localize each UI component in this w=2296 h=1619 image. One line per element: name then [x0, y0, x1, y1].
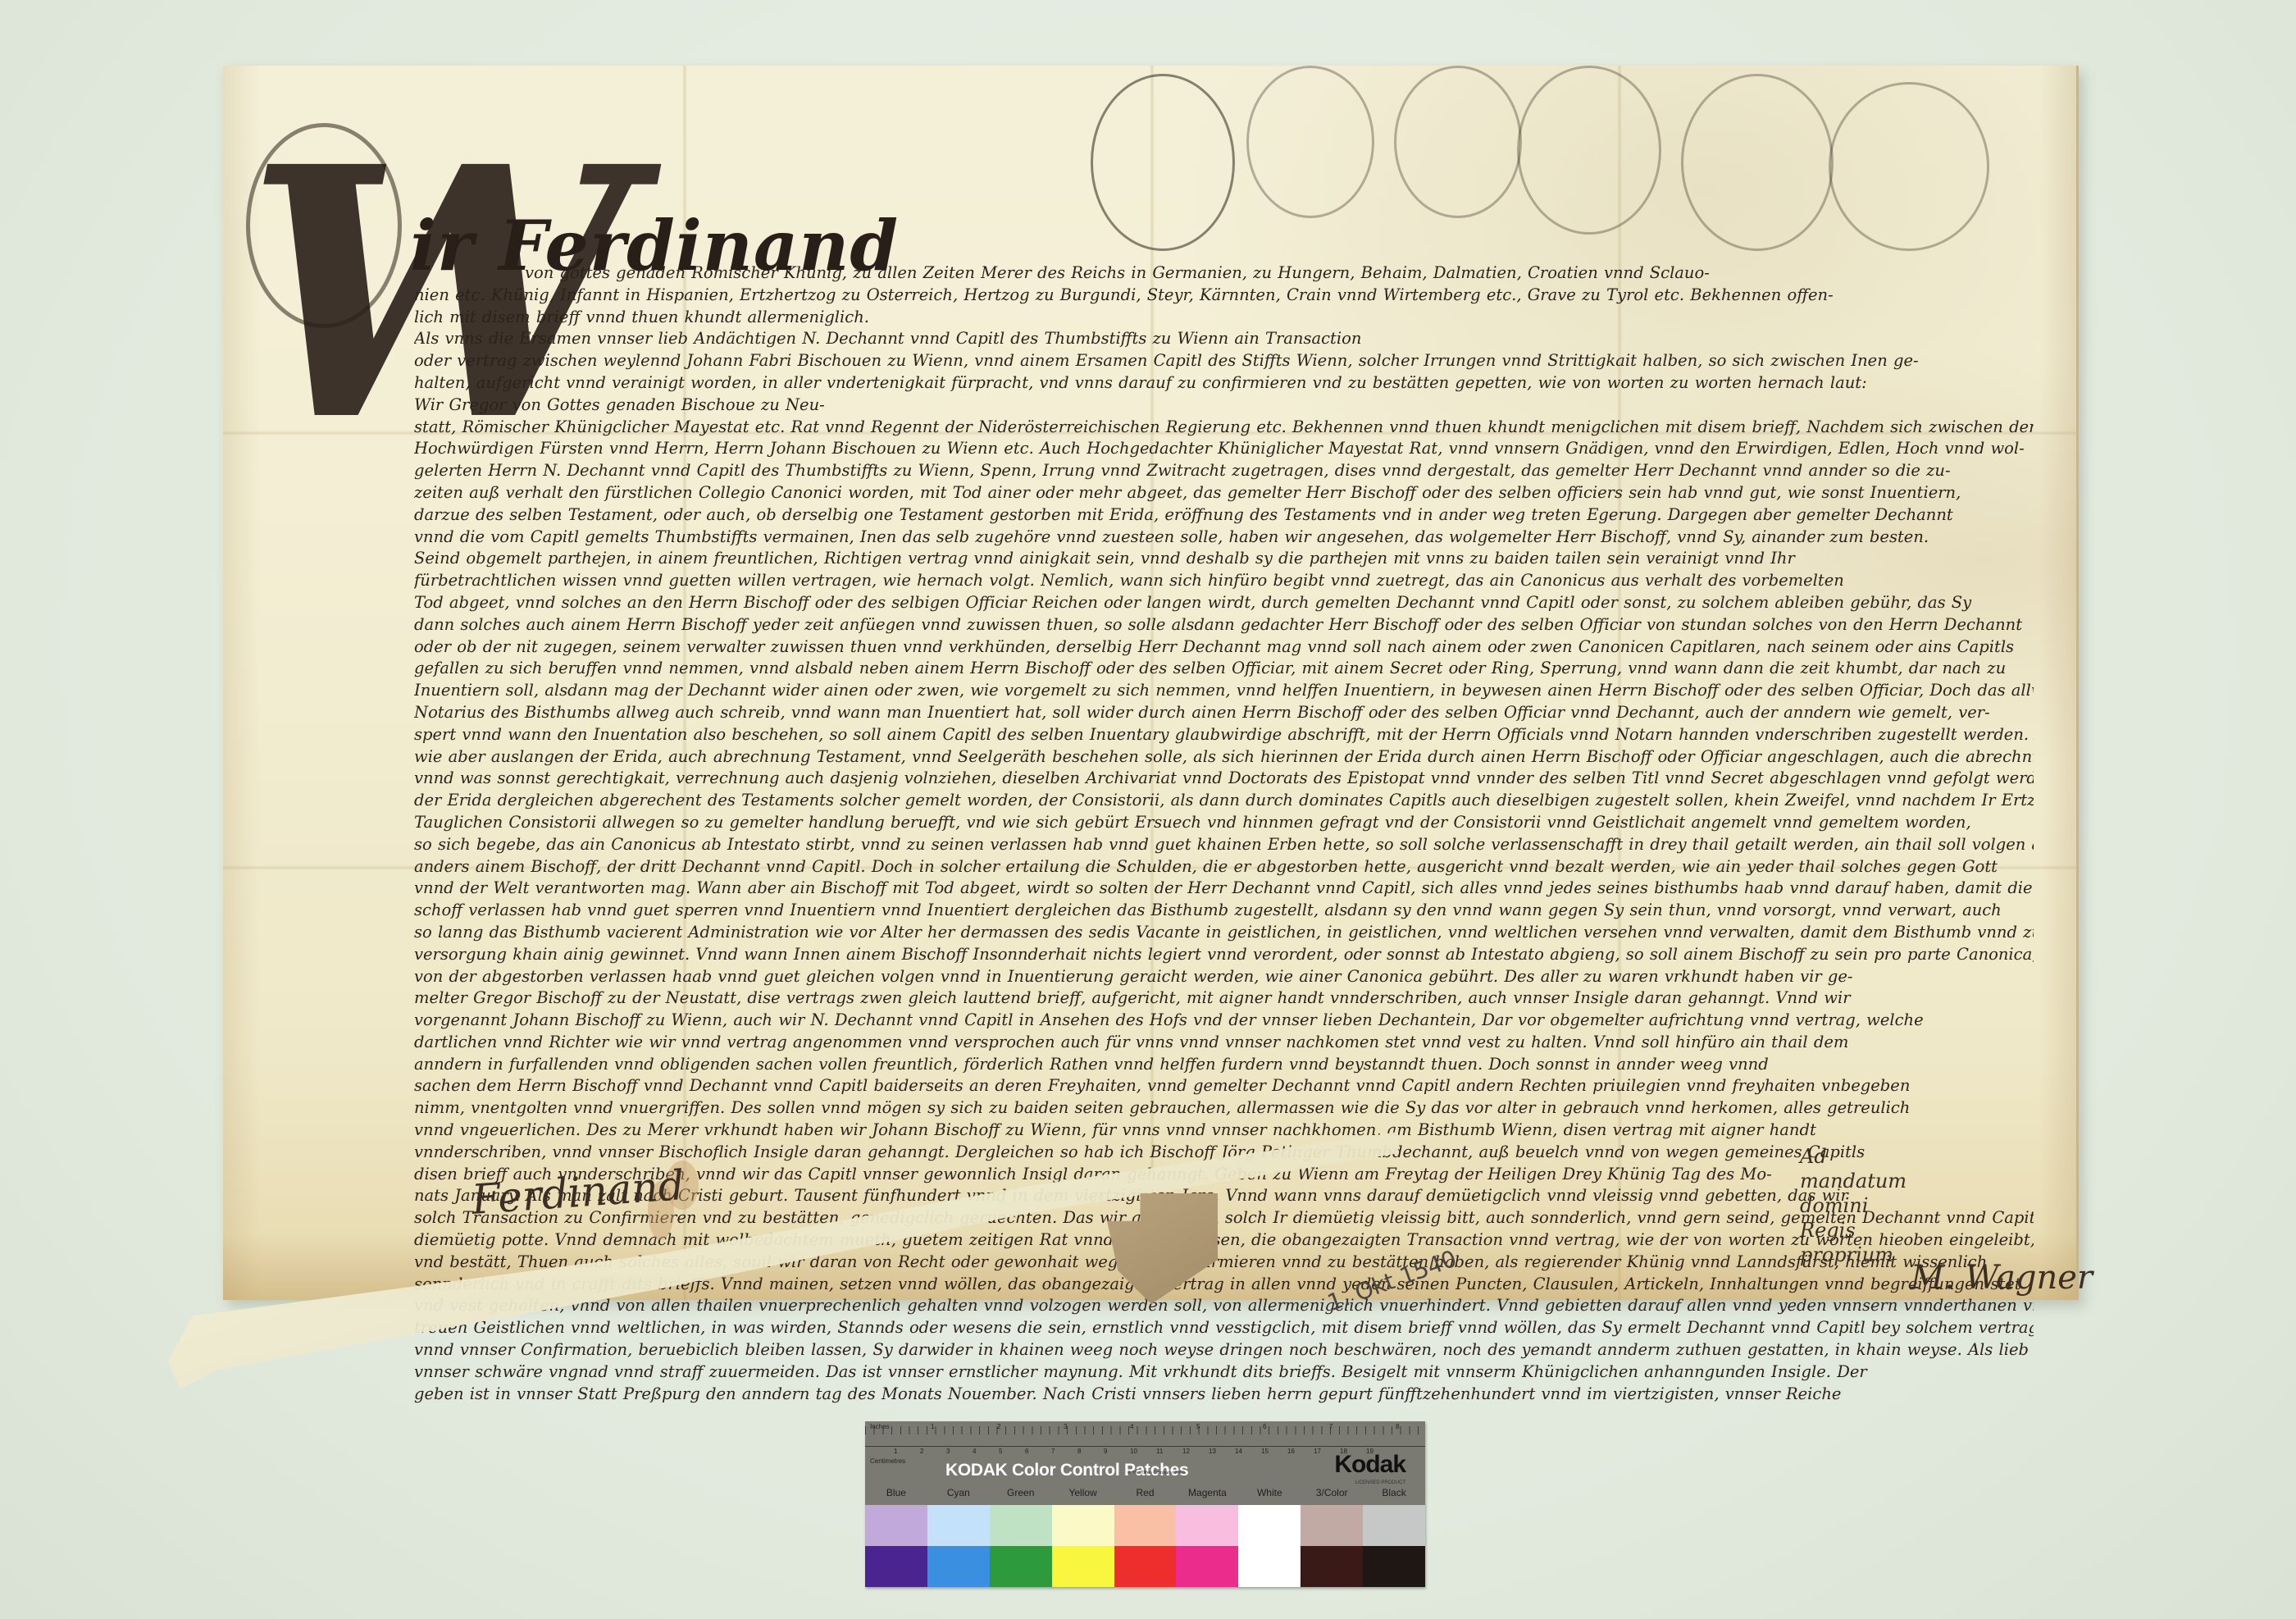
calligraphic-flourish: [1394, 66, 1522, 218]
cm-mark: 9: [1104, 1448, 1107, 1455]
patch-dark: [1052, 1546, 1114, 1587]
patch-dark: [1301, 1546, 1363, 1587]
patch-green: [990, 1505, 1052, 1587]
body-line: vnnd die vom Capitl gemelts Thumbstiffts…: [414, 527, 2034, 549]
cm-mark: 13: [1209, 1448, 1216, 1455]
body-line: darzue des selben Testament, oder auch, …: [414, 504, 2034, 527]
calligraphic-flourish: [1091, 74, 1235, 251]
patch-label: Black: [1363, 1487, 1425, 1505]
cm-mark: 10: [1130, 1448, 1137, 1455]
signature-secretary: M. Wagner: [1911, 1259, 2093, 1297]
cm-mark: 2: [920, 1448, 923, 1455]
body-line: gefallen zu sich beruffen vnnd nemmen, v…: [414, 658, 2034, 680]
body-line: fürbetrachtlichen wissen vnnd guetten wi…: [414, 570, 2034, 592]
body-line: vnd vest gehalten, vnnd von allen thaile…: [414, 1295, 2034, 1317]
body-line: sachen dem Herrn Bischoff vnnd Dechannt …: [414, 1075, 2034, 1097]
body-line: dann solches auch ainem Herrn Bischoff y…: [414, 614, 2034, 636]
patch-dark: [1363, 1546, 1425, 1587]
inch-mark: 7: [1329, 1423, 1332, 1430]
body-line: geben ist in vnnser Statt Preßpurg den a…: [414, 1384, 2034, 1406]
heading-line-2: nien etc. Khünig, Infannt in Hispanien, …: [414, 285, 2034, 307]
cm-mark: 17: [1314, 1448, 1321, 1455]
cm-mark: 14: [1235, 1448, 1242, 1455]
body-line: statt, Römischer Khünigclicher Mayestat …: [414, 417, 2034, 439]
cm-mark: 11: [1156, 1448, 1163, 1455]
calligraphic-flourish: [1246, 66, 1374, 218]
patch-cyan: [927, 1505, 990, 1587]
body-line: spert vnnd wann den Inuentation also bes…: [414, 724, 2034, 746]
cm-mark: 6: [1025, 1448, 1028, 1455]
body-line: gelerten Herrn N. Dechannt vnnd Capitl d…: [414, 460, 2034, 482]
body-line: melter Gregor Bischoff zu der Neustatt, …: [414, 987, 2034, 1010]
calligraphic-flourish: [1681, 74, 1834, 251]
kodak-license: LICENSED PRODUCT: [1355, 1480, 1405, 1485]
kodak-logo: Kodak: [1334, 1451, 1405, 1479]
patch-label: Yellow: [1052, 1487, 1114, 1505]
body-line: halten, aufgericht vnnd verainigt worden…: [414, 372, 2034, 394]
body-line: oder vertrag zwischen weylennd Johann Fa…: [414, 350, 2034, 372]
body-line: Als vnns die Ersamen vnnser lieb Andächt…: [414, 328, 2034, 350]
patch-labels: Blue Cyan Green Yellow Red Magenta White…: [865, 1487, 1425, 1505]
body-line: so sich begebe, das ain Canonicus ab Int…: [414, 834, 2034, 856]
body-line: vnnd vngeuerlichen. Des zu Merer vrkhund…: [414, 1120, 2034, 1142]
body-line: Tod abgeet, vnnd solches an den Herrn Bi…: [414, 592, 2034, 614]
body-line: dartlichen vnnd Richter wie wir vnnd ver…: [414, 1032, 2034, 1054]
body-line: treuen Geistlichen vnnd weltlichen, in w…: [414, 1317, 2034, 1339]
inch-mark: 5: [1196, 1423, 1200, 1430]
calligraphic-flourish: [1829, 82, 1989, 251]
body-line: zeiten auß verhalt den fürstlichen Colle…: [414, 482, 2034, 504]
patch-label: Blue: [865, 1487, 927, 1505]
inch-mark: 6: [1263, 1423, 1266, 1430]
cm-mark: 16: [1287, 1448, 1295, 1455]
cm-mark: 7: [1051, 1448, 1055, 1455]
body-line: so lanng das Bisthumb vacierent Administ…: [414, 922, 2034, 944]
cm-mark: 12: [1182, 1448, 1190, 1455]
cm-mark: 1: [894, 1448, 897, 1455]
body-line: Inuentiern soll, alsdann mag der Dechann…: [414, 680, 2034, 702]
ruler: Inches 1 2 3 4 5 6 7 8: [865, 1421, 1425, 1447]
cm-mark: 15: [1261, 1448, 1269, 1455]
patch-label: Magenta: [1176, 1487, 1238, 1505]
patch-light: [1052, 1505, 1114, 1546]
body-line: vnnd was sonnst gerechtigkait, verrechnu…: [414, 768, 2034, 790]
inch-mark: 8: [1396, 1423, 1399, 1430]
patch-dark: [865, 1546, 927, 1587]
patch-dark: [927, 1546, 990, 1587]
patch-white: [1238, 1505, 1301, 1587]
body-line: Seind obgemelt parthejen, in ainem freun…: [414, 548, 2034, 570]
patch-blue: [865, 1505, 927, 1587]
patch-light: [1363, 1505, 1425, 1546]
body-line: der Erida dergleichen abgerechent des Te…: [414, 790, 2034, 812]
patch-yellow: [1052, 1505, 1114, 1587]
patch-label: Green: [990, 1487, 1052, 1505]
color-patches: [865, 1505, 1425, 1587]
patch-magenta: [1176, 1505, 1238, 1587]
patch-light: [1238, 1505, 1301, 1546]
kodak-color-target: Inches 1 2 3 4 5 6 7 8 1 2 3 4 5 6 7 8 9…: [865, 1421, 1425, 1587]
body-line: wie aber auslangen der Erida, auch abrec…: [414, 746, 2034, 768]
patch-light: [1301, 1505, 1363, 1546]
heading-line-3: lich mit disem brieff vnnd thuen khundt …: [414, 307, 2034, 329]
kodak-copyright: © The Tiffen Company, 2000: [1127, 1471, 1185, 1475]
patch-light: [865, 1505, 927, 1546]
body-line: versorgung khain ainig gewinnet. Vnnd wa…: [414, 944, 2034, 966]
cm-mark: 8: [1077, 1448, 1081, 1455]
patch-label: White: [1238, 1487, 1301, 1505]
inch-mark: 2: [997, 1423, 1000, 1430]
body-line: Wir Gregor von Gottes genaden Bischoue z…: [414, 394, 2034, 417]
body-line: anndern in furfallenden vnnd obligenden …: [414, 1054, 2034, 1076]
calligraphic-flourish: [1517, 66, 1661, 235]
cm-mark: 4: [973, 1448, 976, 1455]
patch-light: [1114, 1505, 1177, 1546]
cm-mark: 5: [999, 1448, 1002, 1455]
patch-dark: [1238, 1546, 1301, 1587]
inch-mark: 3: [1064, 1423, 1067, 1430]
inch-mark: 4: [1130, 1423, 1133, 1430]
patch-dark: [990, 1546, 1052, 1587]
body-line: anders ainem Bischoff, der dritt Dechann…: [414, 856, 2034, 878]
body-line: nimm, vnentgolten vnnd vnuergriffen. Des…: [414, 1097, 2034, 1120]
patch-3-color: [1301, 1505, 1363, 1587]
cm-mark: 3: [946, 1448, 950, 1455]
patch-red: [1114, 1505, 1177, 1587]
patch-label: 3/Color: [1301, 1487, 1363, 1505]
ruler-cm-label: Centimetres: [870, 1457, 905, 1465]
patch-light: [990, 1505, 1052, 1546]
patch-light: [1176, 1505, 1238, 1546]
body-line: vnnd der Welt verantworten mag. Wann abe…: [414, 878, 2034, 900]
chancery-note: Ad mandatum domini Regis proprium: [1800, 1144, 1915, 1267]
patch-black: [1363, 1505, 1425, 1587]
patch-light: [927, 1505, 990, 1546]
body-line: vorgenannt Johann Bischoff zu Wienn, auc…: [414, 1010, 2034, 1032]
body-line: Tauglichen Consistorii allwegen so zu ge…: [414, 812, 2034, 834]
body-line: vnnser schwäre vngnad vnnd straff zuuerm…: [414, 1361, 2034, 1384]
patch-label: Cyan: [927, 1487, 990, 1505]
ruler-ticks: [865, 1426, 1425, 1434]
heading-line-1: von gottes genaden Römischer Khünig, zu …: [414, 262, 2034, 285]
body-line: Notarius des Bisthumbs allweg auch schre…: [414, 702, 2034, 724]
body-line: vnnd vnnser Confirmation, beruebiclich b…: [414, 1339, 2034, 1361]
body-line: oder ob der nit zugegen, seinem verwalte…: [414, 636, 2034, 659]
body-line: schoff verlassen hab vnnd guet sperren v…: [414, 900, 2034, 922]
inch-mark: 1: [931, 1423, 934, 1430]
patch-label: Red: [1114, 1487, 1177, 1505]
body-line: Hochwürdigen Fürsten vnnd Herrn, Herrn J…: [414, 438, 2034, 460]
body-line: von der abgestorben verlassen haab vnnd …: [414, 966, 2034, 988]
patch-dark: [1114, 1546, 1177, 1587]
patch-dark: [1176, 1546, 1238, 1587]
